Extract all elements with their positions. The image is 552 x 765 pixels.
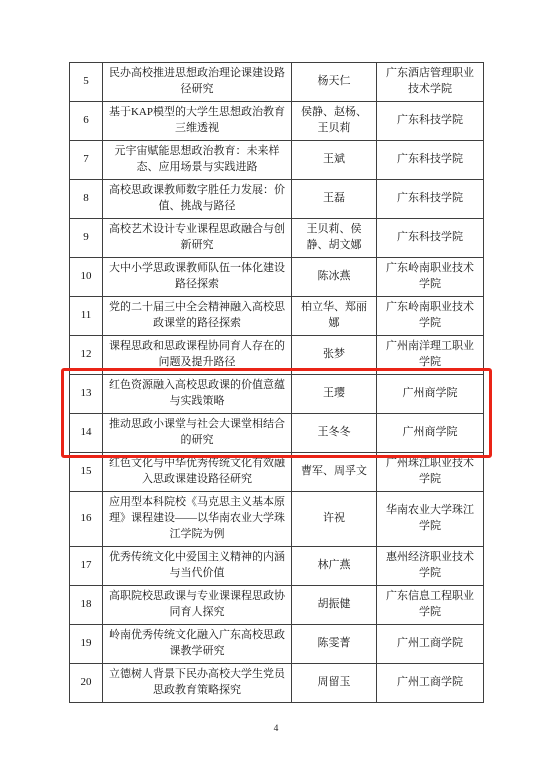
author-names: 王磊 — [292, 180, 377, 219]
table-row: 20立德树人背景下民办高校大学生党员思政教育策略探究周留玉广州工商学院 — [70, 663, 484, 702]
author-names: 许祝 — [292, 492, 377, 547]
institution: 广州商学院 — [377, 414, 484, 453]
page-number: 4 — [0, 724, 552, 734]
author-names: 周留玉 — [292, 663, 377, 702]
row-number: 10 — [70, 258, 103, 297]
project-title: 民办高校推进思想政治理论课建设路径研究 — [103, 63, 292, 102]
table-row: 6基于KAP模型的大学生思想政治教育三维透视侯静、赵杨、王贝莉广东科技学院 — [70, 102, 484, 141]
table-row: 5民办高校推进思想政治理论课建设路径研究杨天仁广东酒店管理职业技术学院 — [70, 63, 484, 102]
project-title: 应用型本科院校《马克思主义基本原理》课程建设——以华南农业大学珠江学院为例 — [103, 492, 292, 547]
table-row: 14推动思政小课堂与社会大课堂相结合的研究王冬冬广州商学院 — [70, 414, 484, 453]
table-row: 9高校艺术设计专业课程思政融合与创新研究王贝莉、侯静、胡文娜广东科技学院 — [70, 219, 484, 258]
institution: 广东科技学院 — [377, 102, 484, 141]
project-title: 优秀传统文化中爱国主义精神的内涵与当代价值 — [103, 546, 292, 585]
institution: 广州商学院 — [377, 375, 484, 414]
project-title: 元宇宙赋能思想政治教育：未来样态、应用场景与实践进路 — [103, 141, 292, 180]
project-title: 党的二十届三中全会精神融入高校思政课堂的路径探索 — [103, 297, 292, 336]
table-row: 8高校思政课教师数字胜任力发展：价值、挑战与路径王磊广东科技学院 — [70, 180, 484, 219]
row-number: 7 — [70, 141, 103, 180]
project-title: 推动思政小课堂与社会大课堂相结合的研究 — [103, 414, 292, 453]
author-names: 王璎 — [292, 375, 377, 414]
institution: 广州工商学院 — [377, 624, 484, 663]
row-number: 6 — [70, 102, 103, 141]
project-title: 大中小学思政课教师队伍一体化建设路径探索 — [103, 258, 292, 297]
row-number: 5 — [70, 63, 103, 102]
institution: 广州珠江职业技术学院 — [377, 453, 484, 492]
table-row: 16应用型本科院校《马克思主义基本原理》课程建设——以华南农业大学珠江学院为例许… — [70, 492, 484, 547]
author-names: 王斌 — [292, 141, 377, 180]
author-names: 胡振健 — [292, 585, 377, 624]
institution: 广东信息工程职业学院 — [377, 585, 484, 624]
row-number: 12 — [70, 336, 103, 375]
table-row: 19岭南优秀传统文化融入广东高校思政课教学研究陈雯菁广州工商学院 — [70, 624, 484, 663]
projects-table-body: 5民办高校推进思想政治理论课建设路径研究杨天仁广东酒店管理职业技术学院6基于KA… — [70, 63, 484, 703]
project-title: 高职院校思政课与专业课课程思政协同育人探究 — [103, 585, 292, 624]
institution: 广州南洋理工职业学院 — [377, 336, 484, 375]
row-number: 13 — [70, 375, 103, 414]
project-title: 岭南优秀传统文化融入广东高校思政课教学研究 — [103, 624, 292, 663]
institution: 广东岭南职业技术学院 — [377, 258, 484, 297]
author-names: 柏立华、郑丽娜 — [292, 297, 377, 336]
table-row: 17优秀传统文化中爱国主义精神的内涵与当代价值林广燕惠州经济职业技术学院 — [70, 546, 484, 585]
project-title: 立德树人背景下民办高校大学生党员思政教育策略探究 — [103, 663, 292, 702]
institution: 惠州经济职业技术学院 — [377, 546, 484, 585]
row-number: 8 — [70, 180, 103, 219]
institution: 广东科技学院 — [377, 219, 484, 258]
row-number: 14 — [70, 414, 103, 453]
row-number: 11 — [70, 297, 103, 336]
document-page: 5民办高校推进思想政治理论课建设路径研究杨天仁广东酒店管理职业技术学院6基于KA… — [0, 0, 552, 765]
row-number: 19 — [70, 624, 103, 663]
row-number: 17 — [70, 546, 103, 585]
table-row: 15红色文化与中华优秀传统文化有效融入思政课建设路径研究曹军、周孚文广州珠江职业… — [70, 453, 484, 492]
project-title: 红色资源融入高校思政课的价值意蕴与实践策略 — [103, 375, 292, 414]
table-row: 12课程思政和思政课程协同育人存在的问题及提升路径张梦广州南洋理工职业学院 — [70, 336, 484, 375]
institution: 广州工商学院 — [377, 663, 484, 702]
table-row: 18高职院校思政课与专业课课程思政协同育人探究胡振健广东信息工程职业学院 — [70, 585, 484, 624]
project-title: 高校思政课教师数字胜任力发展：价值、挑战与路径 — [103, 180, 292, 219]
author-names: 林广燕 — [292, 546, 377, 585]
project-title: 基于KAP模型的大学生思想政治教育三维透视 — [103, 102, 292, 141]
table-row: 13红色资源融入高校思政课的价值意蕴与实践策略王璎广州商学院 — [70, 375, 484, 414]
author-names: 王贝莉、侯静、胡文娜 — [292, 219, 377, 258]
row-number: 18 — [70, 585, 103, 624]
row-number: 20 — [70, 663, 103, 702]
project-title: 红色文化与中华优秀传统文化有效融入思政课建设路径研究 — [103, 453, 292, 492]
table-row: 7元宇宙赋能思想政治教育：未来样态、应用场景与实践进路王斌广东科技学院 — [70, 141, 484, 180]
row-number: 16 — [70, 492, 103, 547]
table-row: 11党的二十届三中全会精神融入高校思政课堂的路径探索柏立华、郑丽娜广东岭南职业技… — [70, 297, 484, 336]
institution: 广东科技学院 — [377, 180, 484, 219]
author-names: 侯静、赵杨、王贝莉 — [292, 102, 377, 141]
author-names: 陈冰燕 — [292, 258, 377, 297]
table-row: 10大中小学思政课教师队伍一体化建设路径探索陈冰燕广东岭南职业技术学院 — [70, 258, 484, 297]
author-names: 曹军、周孚文 — [292, 453, 377, 492]
author-names: 陈雯菁 — [292, 624, 377, 663]
row-number: 15 — [70, 453, 103, 492]
projects-table: 5民办高校推进思想政治理论课建设路径研究杨天仁广东酒店管理职业技术学院6基于KA… — [69, 62, 484, 703]
row-number: 9 — [70, 219, 103, 258]
institution: 广东岭南职业技术学院 — [377, 297, 484, 336]
institution: 广东科技学院 — [377, 141, 484, 180]
project-title: 课程思政和思政课程协同育人存在的问题及提升路径 — [103, 336, 292, 375]
institution: 华南农业大学珠江学院 — [377, 492, 484, 547]
author-names: 杨天仁 — [292, 63, 377, 102]
author-names: 王冬冬 — [292, 414, 377, 453]
author-names: 张梦 — [292, 336, 377, 375]
project-title: 高校艺术设计专业课程思政融合与创新研究 — [103, 219, 292, 258]
institution: 广东酒店管理职业技术学院 — [377, 63, 484, 102]
